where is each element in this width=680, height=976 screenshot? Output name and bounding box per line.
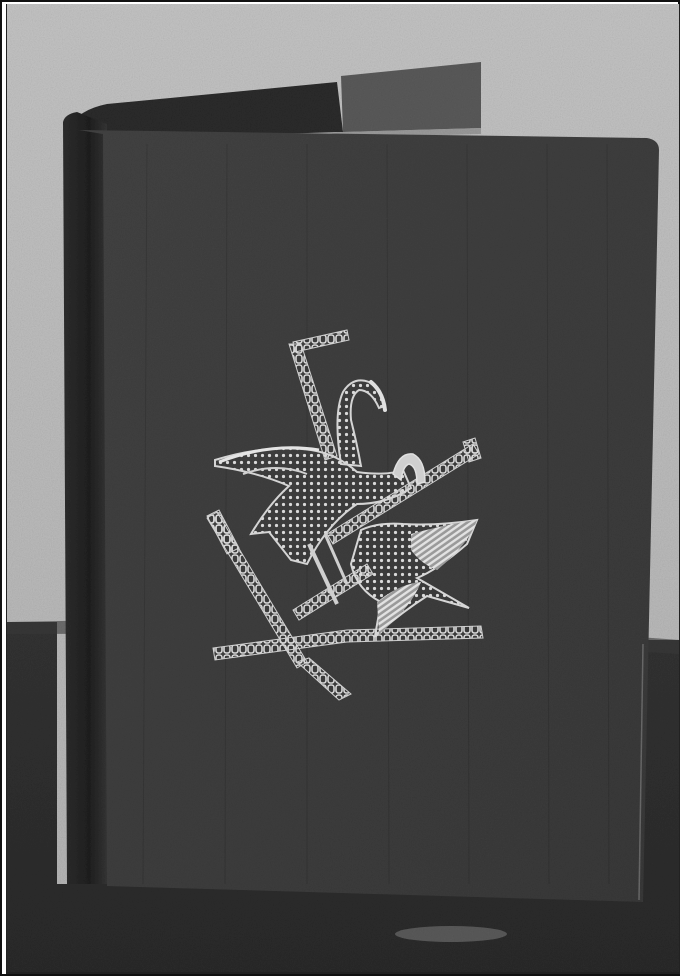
photo-frame — [0, 0, 680, 976]
photo — [6, 4, 680, 974]
table-reflection — [395, 926, 507, 942]
photo-scene — [7, 4, 679, 972]
folder-spine — [63, 112, 107, 884]
